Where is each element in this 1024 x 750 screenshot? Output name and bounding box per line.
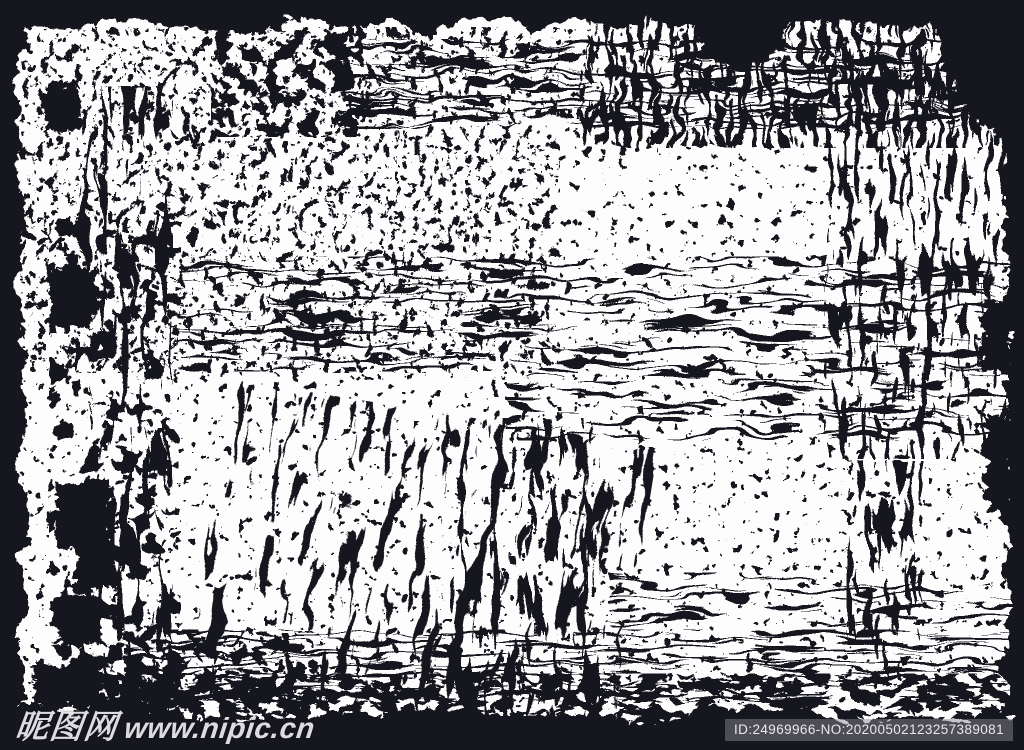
grunge-texture-canvas [0, 0, 1024, 750]
watermark: 昵图网www.nipic.cn [13, 701, 318, 748]
image-id-stamp: ID:24969966-NO:20200502123257389081 [725, 719, 1013, 741]
watermark-site-name: 昵图网 [13, 708, 120, 745]
grunge-texture-image: 昵图网www.nipic.cn ID:24969966-NO:202005021… [0, 0, 1024, 750]
watermark-site-url: www.nipic.cn [122, 713, 316, 745]
texture-speckle-layers [30, 16, 1010, 735]
